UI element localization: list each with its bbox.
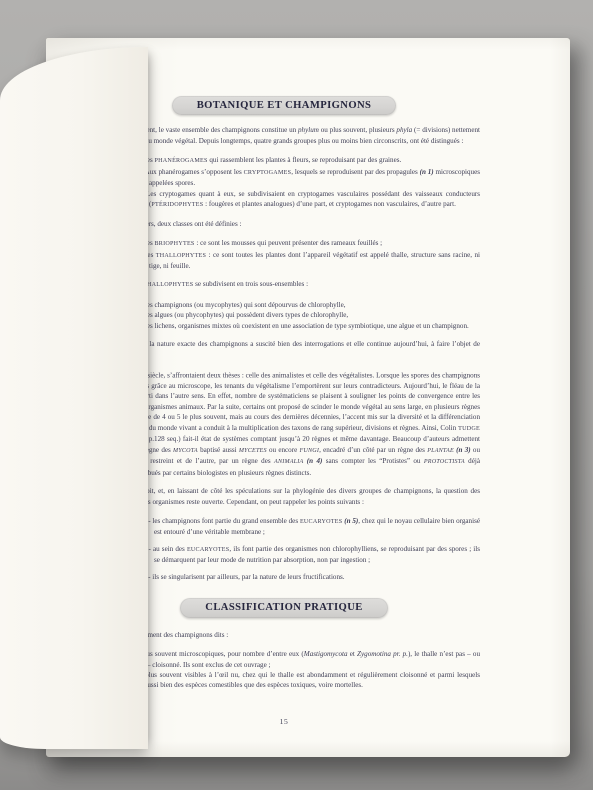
text-run: ou plus souvent, plusieurs: [319, 126, 397, 134]
text-run: sans compter les “Protistes” ou: [322, 457, 423, 465]
text-run: phyla: [396, 126, 412, 134]
section-heading: CLASSIFICATION PRATIQUE: [180, 598, 387, 617]
text-run: ANIMALIA: [274, 459, 303, 465]
text-run: TUDGE: [458, 426, 480, 432]
text-run: 1° - les champignons font partie du gran…: [140, 517, 300, 525]
text-run: PTÉRIDOPHYTES: [151, 202, 203, 208]
text-run: BRIOPHYTES: [154, 241, 194, 247]
text-run: (n 4): [307, 457, 323, 465]
text-run: , encadré d’un côté par un règne des: [319, 446, 427, 454]
text-run: ou: [471, 446, 480, 454]
text-run: PHANÉROGAMES: [154, 158, 207, 164]
text-run: : ce sont les mousses qui peuvent présen…: [195, 239, 383, 247]
text-run: MYCOTA: [173, 448, 198, 454]
text-run: – Aux phanérogames s’opposent les: [140, 168, 244, 176]
text-run: (n 1): [420, 168, 434, 176]
text-run: CRYPTOGAMES: [244, 170, 292, 176]
book-photo: BOTANIQUE ET CHAMPIGNONSTraditionnelleme…: [0, 0, 593, 790]
text-run: (n 5): [344, 517, 358, 525]
text-run: FUNGI: [300, 448, 320, 454]
facing-page-curl: [0, 47, 148, 749]
text-run: Zygomotina pr. p.: [357, 650, 408, 658]
text-run: EUCARYOTES: [300, 519, 342, 525]
text-run: et: [348, 650, 358, 658]
section-heading: BOTANIQUE ET CHAMPIGNONS: [172, 96, 397, 115]
text-run: THALLOPHYTES: [156, 253, 206, 259]
text-run: baptisé aussi: [198, 446, 239, 454]
text-run: phylum: [298, 126, 319, 134]
text-run: PLANTAE: [427, 448, 454, 454]
text-run: (n 3): [456, 446, 470, 454]
text-run: – les lichens, organismes mixtes où coex…: [140, 322, 469, 330]
text-run: Mastigomycota: [304, 650, 348, 658]
text-run: se subdivisent en trois sous-ensembles :: [193, 280, 308, 288]
text-run: – les champignons (ou mycophytes) qui so…: [140, 301, 346, 309]
text-run: – les algues (ou phycophytes) qui possèd…: [140, 311, 349, 319]
text-run: qui rassemblent les plantes à fleurs, se…: [208, 156, 402, 164]
text-run: PROTOCTISTA: [424, 459, 465, 465]
text-run: 3° - ils se singularisent par ailleurs, …: [140, 573, 345, 581]
text-run: : fougères et plantes analogues) d’une p…: [203, 200, 456, 208]
text-run: MYCETES: [239, 448, 267, 454]
text-run: EUCARYOTES: [187, 547, 229, 553]
text-run: , lesquels se reproduisent par des propa…: [291, 168, 419, 176]
text-run: ou encore: [267, 446, 300, 454]
text-run: THALLOPHYTES: [143, 282, 193, 288]
